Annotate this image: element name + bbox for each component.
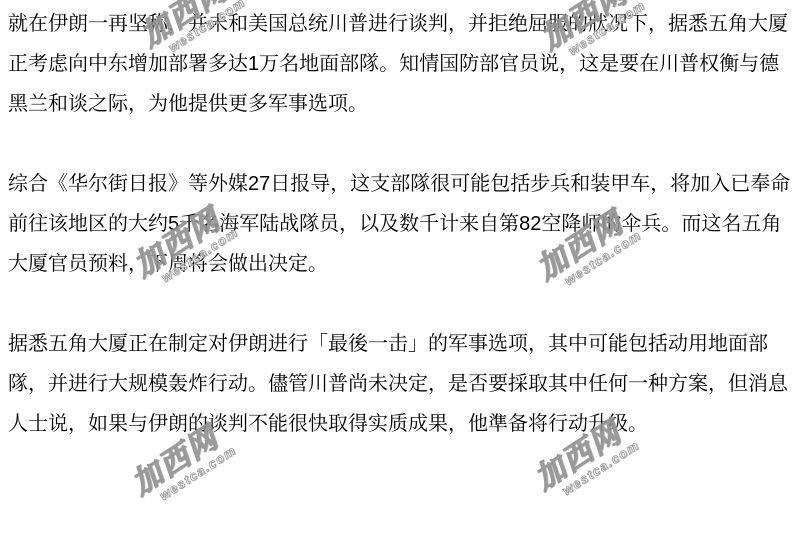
article-paragraph-3: 据悉五角大厦正在制定对伊朗进行「最後一击」的军事选项，其中可能包括动用地面部 隊… xyxy=(8,324,792,444)
article-paragraph-1: 就在伊朗一再坚称，并未和美国总统川普进行谈判，并拒绝屈服的狀况下，据悉五角大厦 … xyxy=(8,4,792,124)
article-page: 就在伊朗一再坚称，并未和美国总统川普进行谈判，并拒绝屈服的狀况下，据悉五角大厦 … xyxy=(0,0,800,536)
watermark-url-text: westca.com xyxy=(157,438,246,503)
article-paragraph-2: 综合《华尔街日报》等外媒27日报导，这支部隊很可能包括步兵和装甲车，将加入已奉命… xyxy=(8,164,792,284)
news-article-body: 就在伊朗一再坚称，并未和美国总统川普进行谈判，并拒绝屈服的狀况下，据悉五角大厦 … xyxy=(0,0,800,444)
